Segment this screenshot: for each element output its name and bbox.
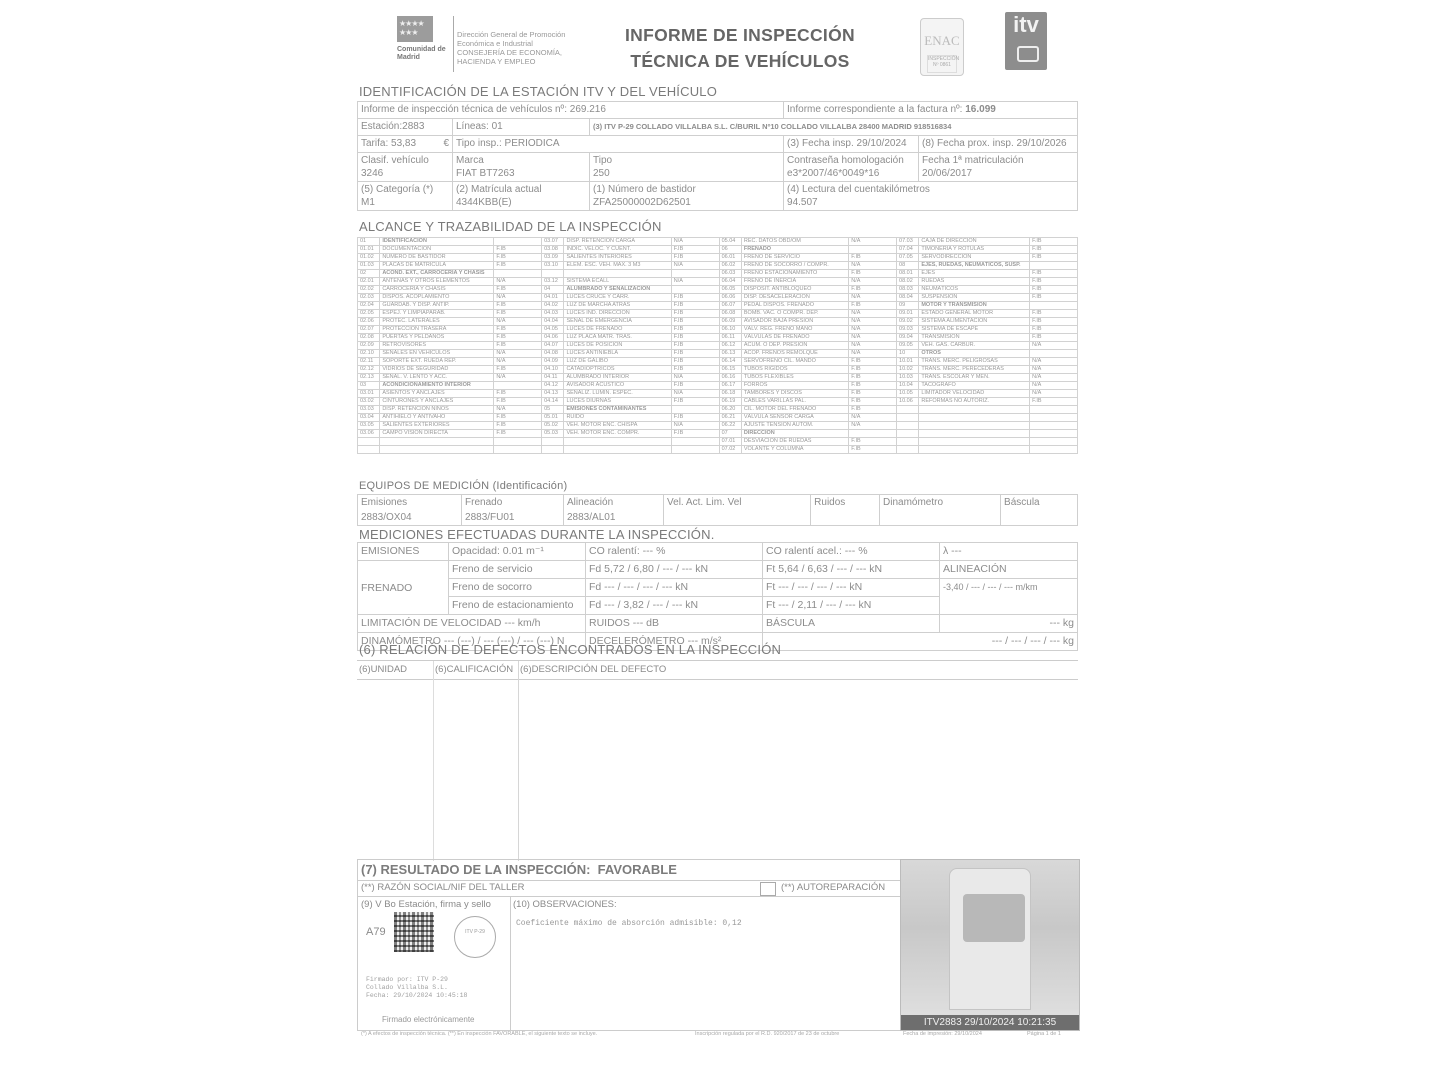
scope-row: 03.06CAMPO VISIÓN DIRECTAF.IB05.03VEH. M… [358,430,1078,438]
alignment-value: -3,40 / --- / --- / --- m/km [940,579,1078,615]
scope-row: 02.13SEÑAL. V. LENTO Y ACC.N/A04.11ALUMB… [358,374,1078,382]
e-signature: Firmado electrónicamente [382,1015,474,1024]
vehicle-brand: FIAT BT7263 [456,168,515,179]
vehicle-category: M1 [361,197,375,208]
odometer: 94.507 [787,197,818,208]
equipment-id: 2883/FU01 [462,510,564,526]
station-stamp: ITV P-29 [454,916,496,958]
parking-brake-fd: Fd --- / 3,82 / --- / --- kN [586,597,763,615]
identification-section-title: IDENTIFICACIÓN DE LA ESTACIÓN ITV Y DEL … [359,84,717,99]
scope-row: 02.10SEÑALES EN VEHÍCULOSN/A04.08LUCES A… [358,350,1078,358]
speed-limit: LIMITACIÓN DE VELOCIDAD --- km/h [358,615,586,633]
equipment-id [880,510,1001,526]
equipment-label: Emisiones [358,495,462,511]
scope-row: 02.05ESPEJ. Y LIMPIAPARAB.F.IB04.03LUCES… [358,310,1078,318]
observations-text: Coeficiente máximo de absorción admisibl… [516,919,742,928]
equipment-table: EmisionesFrenadoAlineaciónVel. Act. Lim.… [357,494,1078,526]
scope-row: 01.01DOCUMENTACIÓNF.IB03.08INDIC. VELOC.… [358,246,1078,254]
result-value: FAVORABLE [598,862,677,877]
equipment-label: Frenado [462,495,564,511]
scope-row: 02.07PROTECCIÓN TRASERAF.IB04.05LUCES DE… [358,326,1078,334]
opacity: Opacidad: 0.01 m⁻¹ [449,543,586,561]
scope-row: 02.12VIDRIOS DE SEGURIDADF.IB04.10CATADI… [358,366,1078,374]
vin: ZFA25000002D62501 [593,197,691,208]
print-date: Fecha de impresión: 29/10/2024 [903,1031,982,1037]
photo-caption: ITV2883 29/10/2024 10:21:35 [901,1015,1079,1030]
page-number: Página 1 de 1 [1027,1031,1061,1037]
measurements-table: EMISIONES Opacidad: 0.01 m⁻¹ CO ralentí:… [357,542,1078,651]
scope-row: 01.03PLACAS DE MATRÍCULAF.IB03.10ELEM. E… [358,262,1078,270]
noise: RUIDOS --- dB [586,615,763,633]
madrid-flag-icon [397,16,433,42]
homologation: e3*2007/46*0049*16 [787,168,879,179]
scope-row: 02.02CARROCERÍA Y CHASISF.IB04ALUMBRADO … [358,286,1078,294]
scope-row: 03.03DISP. RETENCIÓN NIÑOSN/A05EMISIONES… [358,406,1078,414]
scope-row: 02.04GUARDAB. Y DISP. ANTIP.F.IB04.02LUZ… [358,302,1078,310]
signed-by: Firmado por: ITV P-29 Collado Villalba S… [366,976,467,1000]
scope-row: 03ACONDICIONAMIENTO INTERIOR04.12AVISADO… [358,382,1078,390]
first-registration: 20/06/2017 [922,168,972,179]
itv-logo: itv [1005,12,1047,70]
lambda: λ --- [940,543,1078,561]
inspection-date: 29/10/2024 [857,138,907,149]
inspection-report-page: Comunidad de Madrid Dirección General de… [355,8,1080,1068]
scope-row: 01IDENTIFICACIÓN03.07DISP. RETENCIÓN CAR… [358,238,1078,246]
equipment-id: 2883/AL01 [564,510,664,526]
defects-table: (6)UNIDAD (6)CALIFICACIÓN (6)DESCRIPCIÓN… [357,660,1078,861]
scope-row: 03.01ASIENTOS Y ANCLAJESF.IB04.13SEÑALIZ… [358,390,1078,398]
service-brake-fd: Fd 5,72 / 6,80 / --- / --- kN [586,561,763,579]
equipment-label: Báscula [1001,495,1078,511]
parking-brake-ft: Ft --- / 2,11 / --- / --- kN [763,597,940,615]
scale-value: --- kg [940,615,1078,633]
scope-row: 03.04ANTIHIELO Y ANTIVAHOF.IB05.01RUIDOF… [358,414,1078,422]
equipment-id [811,510,880,526]
co-idle-accel: CO ralentí acel.: --- % [763,543,940,561]
org-department: Dirección General de Promoción Económica… [457,30,587,66]
inspection-type: PERIODICA [505,138,560,149]
scope-traceability-table: 01IDENTIFICACIÓN03.07DISP. RETENCIÓN CAR… [357,237,1078,454]
scope-row: 07.01DESVIACIÓN DE RUEDASF.IB [358,438,1078,446]
vehicle-photo: ITV2883 29/10/2024 10:21:35 [900,859,1080,1031]
equipment-label: Vel. Act. Lim. Vel [664,495,811,511]
measurements-section-title: MEDICIONES EFECTUADAS DURANTE LA INSPECC… [359,527,715,542]
vehicle-type: 250 [593,168,610,179]
scope-row: 03.02CINTURONES Y ANCLAJESF.IB04.14LUCES… [358,398,1078,406]
report-number: 269.216 [570,104,606,115]
vehicle-class: 3246 [361,168,383,179]
car-icon [1017,46,1039,62]
scope-row: 02.08PUERTAS Y PELDAÑOSF.IB04.06LUZ PLAC… [358,334,1078,342]
equipment-id [1001,510,1078,526]
footer-regulation: Inscripción regulada por el R.D. 920/201… [695,1031,839,1037]
qr-code-icon [394,912,434,952]
scope-row: 02.11SOPORTE EXT. RUEDA REP.N/A04.09LUZ … [358,358,1078,366]
station-address: (3) ITV P-29 COLLADO VILLALBA S.L. C/BUR… [590,119,1078,136]
workshop-label: (**) RAZÓN SOCIAL/NIF DEL TALLER [361,882,524,893]
identification-table: Informe de inspección técnica de vehícul… [357,101,1078,211]
equipment-id: 2883/OX04 [358,510,462,526]
equipment-section-title: EQUIPOS DE MEDICIÓN (Identificación) [359,480,567,492]
inspector-code: A79 [366,926,386,938]
scope-row: 01.02NÚMERO DE BASTIDORF.IB03.09SALIENTE… [358,254,1078,262]
scope-row: 02ACOND. EXT., CARROCERÍA Y CHASIS06.03F… [358,270,1078,278]
license-plate: 4344KBB(E) [456,197,512,208]
result-line: (7) RESULTADO DE LA INSPECCIÓN: FAVORABL… [361,862,677,877]
scope-row: 03.05SALIENTES EXTERIORESF.IB05.02VEH. M… [358,422,1078,430]
scope-row: 02.09RETROVISORESF.IB04.07LUCES DE POSIC… [358,342,1078,350]
equipment-label: Dinamómetro [880,495,1001,511]
org-name: Comunidad de Madrid [397,46,447,62]
report-title: INFORME DE INSPECCIÓN TÉCNICA DE VEHÍCUL… [625,22,855,74]
enac-logo: ENAC INSPECCIÓN Nº 0861 [920,18,964,76]
footer-note: (*) A efectos de inspección técnica. (**… [361,1031,597,1037]
scope-row: 02.06PROTEC. LATERALESN/A04.04SEÑAL DE E… [358,318,1078,326]
service-brake-ft: Ft 5,64 / 6,63 / --- / --- kN [763,561,940,579]
fee: 53,83 [391,138,416,149]
next-inspection-date: 29/10/2026 [1017,138,1067,149]
station-number: 2883 [402,121,424,132]
emergency-brake-ft: Ft --- / --- / --- / --- kN [763,579,940,597]
equipment-label: Ruidos [811,495,880,511]
result-box: (7) RESULTADO DE LA INSPECCIÓN: FAVORABL… [357,859,902,1031]
emergency-brake-fd: Fd --- / --- / --- / --- kN [586,579,763,597]
scope-section-title: ALCANCE Y TRAZABILIDAD DE LA INSPECCIÓN [359,219,662,234]
scope-row: 02.03DISPOS. ACOPLAMIENTON/A04.01LUCES C… [358,294,1078,302]
self-repair-checkbox[interactable] [760,882,776,896]
equipment-id [664,510,811,526]
co-idle: CO ralentí: --- % [586,543,763,561]
scope-row: 02.01ANTENAS Y OTROS ELEMENTOSN/A03.12SI… [358,278,1078,286]
scale-axles: --- / --- / --- / --- kg [763,633,1078,651]
equipment-label: Alineación [564,495,664,511]
defects-section-title: (6) RELACIÓN DE DEFECTOS ENCONTRADOS EN … [359,642,781,657]
scope-row: 07.02VOLANTE Y COLUMNAF.IB [358,446,1078,454]
invoice-number: 16.099 [965,104,996,115]
comunidad-madrid-logo: Comunidad de Madrid Dirección General de… [397,12,509,70]
